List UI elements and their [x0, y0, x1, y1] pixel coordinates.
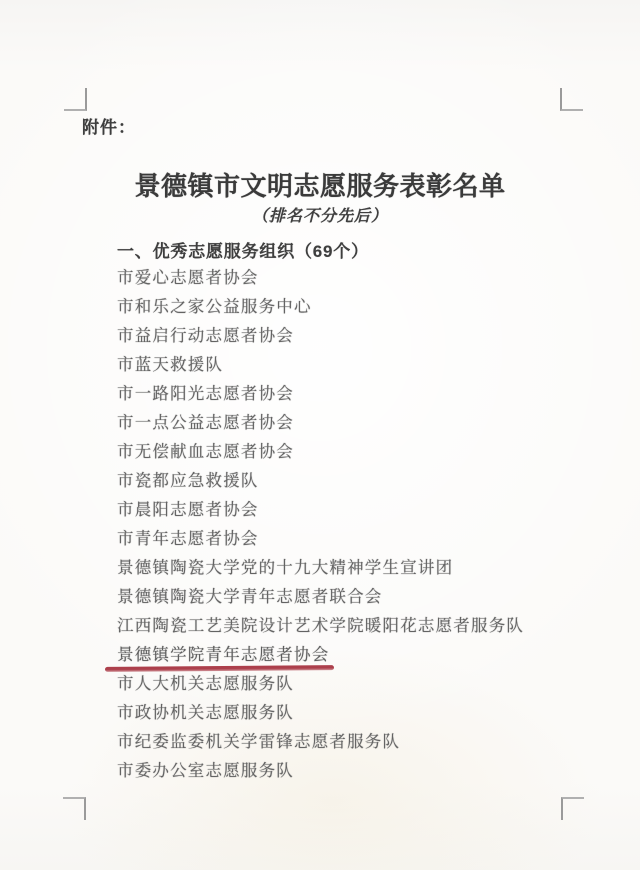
organization-name: 市瓷都应急救援队: [117, 467, 259, 491]
organization-name: 市青年志愿者协会: [117, 525, 259, 549]
organization-list: 市爱心志愿者协会市和乐之家公益服务中心市益启行动志愿者协会市蓝天救援队市一路阳光…: [117, 261, 600, 783]
list-item: 市爱心志愿者协会: [117, 261, 600, 290]
organization-name: 市无偿献血志愿者协会: [117, 438, 294, 462]
list-item: 市委办公室志愿服务队: [117, 754, 600, 783]
document-page: 附件： 景德镇市文明志愿服务表彰名单 （排名不分先后） 一、优秀志愿服务组织（6…: [0, 0, 640, 870]
organization-name: 江西陶瓷工艺美院设计艺术学院暖阳花志愿者服务队: [117, 612, 524, 636]
organization-name: 市爱心志愿者协会: [117, 264, 259, 288]
organization-name: 市蓝天救援队: [117, 351, 223, 375]
document-subtitle: （排名不分先后）: [0, 203, 640, 226]
list-item: 市一路阳光志愿者协会: [117, 377, 600, 406]
section-heading: 一、优秀志愿服务组织（69个）: [117, 237, 369, 262]
organization-name: 市晨阳志愿者协会: [117, 496, 259, 520]
list-item: 市纪委监委机关学雷锋志愿者服务队: [117, 725, 600, 754]
organization-name: 市益启行动志愿者协会: [117, 322, 294, 346]
list-item: 市蓝天救援队: [117, 348, 600, 377]
margin-mark-top-left-icon: [64, 88, 87, 111]
list-item: 市无偿献血志愿者协会: [117, 435, 600, 464]
organization-name: 市一路阳光志愿者协会: [117, 380, 294, 404]
margin-mark-bottom-right-icon: [561, 797, 584, 820]
margin-mark-top-right-icon: [560, 88, 583, 111]
organization-name: 市和乐之家公益服务中心: [117, 293, 312, 317]
organization-name: 市政协机关志愿服务队: [117, 699, 294, 723]
list-item: 市益启行动志愿者协会: [117, 319, 600, 348]
list-item: 市一点公益志愿者协会: [117, 406, 600, 435]
list-item: 市青年志愿者协会: [117, 522, 600, 551]
organization-name: 市委办公室志愿服务队: [117, 757, 294, 781]
document-title: 景德镇市文明志愿服务表彰名单: [0, 166, 640, 203]
organization-name: 市纪委监委机关学雷锋志愿者服务队: [117, 728, 400, 752]
list-item: 市人大机关志愿服务队: [117, 667, 600, 696]
list-item: 市政协机关志愿服务队: [117, 696, 600, 725]
organization-name: 景德镇陶瓷大学青年志愿者联合会: [117, 583, 383, 607]
list-item: 景德镇陶瓷大学党的十九大精神学生宣讲团: [117, 551, 600, 580]
list-item: 市瓷都应急救援队: [117, 464, 600, 493]
margin-mark-bottom-left-icon: [63, 797, 86, 820]
organization-name: 市一点公益志愿者协会: [117, 409, 294, 433]
organization-name: 景德镇陶瓷大学党的十九大精神学生宣讲团: [117, 554, 453, 578]
list-item-highlighted: 景德镇学院青年志愿者协会: [117, 638, 600, 667]
organization-name: 景德镇学院青年志愿者协会: [117, 641, 329, 665]
organization-name: 市人大机关志愿服务队: [117, 670, 294, 694]
list-item: 市和乐之家公益服务中心: [117, 290, 600, 319]
list-item: 江西陶瓷工艺美院设计艺术学院暖阳花志愿者服务队: [117, 609, 600, 638]
attachment-label: 附件：: [82, 113, 136, 138]
list-item: 市晨阳志愿者协会: [117, 493, 600, 522]
list-item: 景德镇陶瓷大学青年志愿者联合会: [117, 580, 600, 609]
